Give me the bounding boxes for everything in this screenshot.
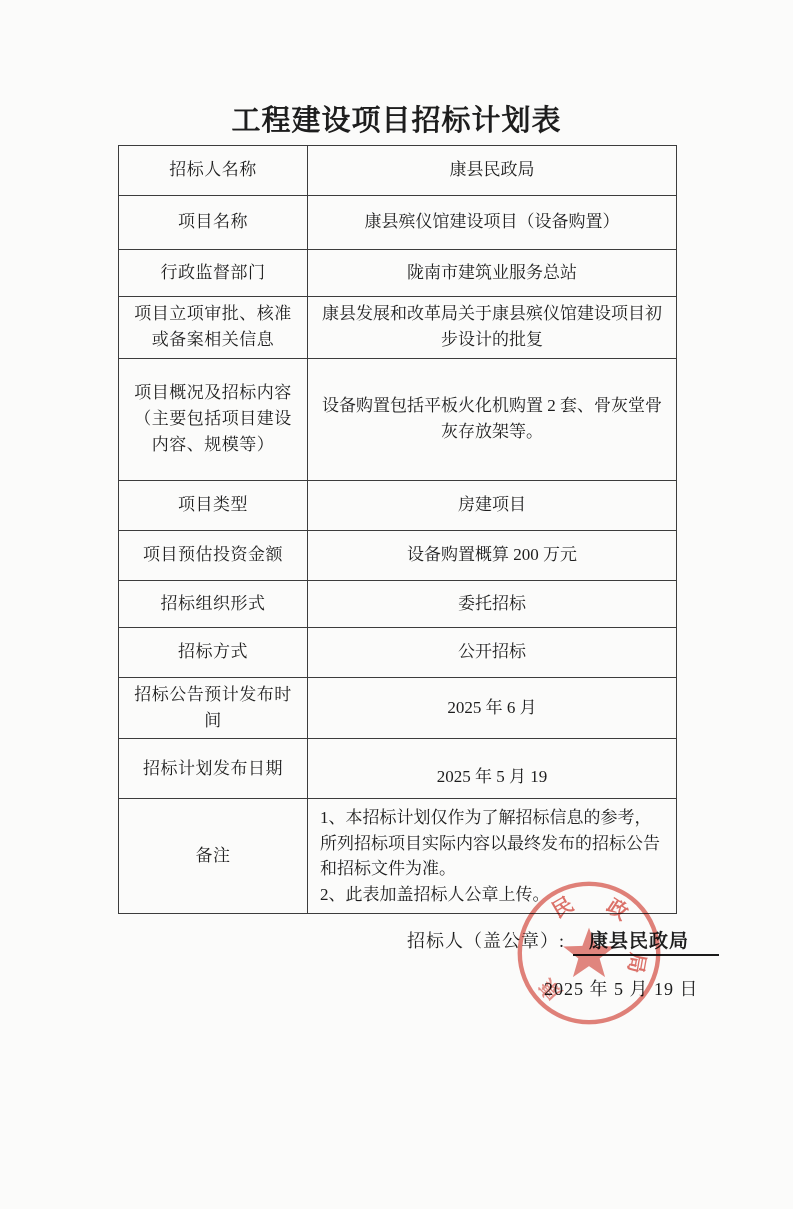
row-value: 康县民政局 (308, 146, 677, 196)
row-label: 备注 (119, 799, 308, 914)
row-value: 1、本招标计划仅作为了解招标信息的参考，所列招标项目实际内容以最终发布的招标公告… (308, 799, 677, 914)
row-value: 2025 年 5 月 19 (308, 739, 677, 799)
row-label: 项目名称 (119, 196, 308, 250)
row-label: 项目预估投资金额 (119, 530, 308, 580)
table-row: 招标方式 公开招标 (119, 627, 677, 677)
table-row: 行政监督部门 陇南市建筑业服务总站 (119, 250, 677, 297)
table-row: 项目类型 房建项目 (119, 480, 677, 530)
row-label: 项目立项审批、核准或备案相关信息 (119, 297, 308, 359)
table-row: 项目预估投资金额 设备购置概算 200 万元 (119, 530, 677, 580)
signature-label: 招标人（盖公章）: (407, 931, 565, 951)
signature-line: 招标人（盖公章）:康县民政局 (407, 926, 719, 956)
table-row: 项目名称 康县殡仪馆建设项目（设备购置） (119, 196, 677, 250)
tender-plan-table: 招标人名称 康县民政局 项目名称 康县殡仪馆建设项目（设备购置） 行政监督部门 … (118, 145, 677, 914)
row-value: 康县殡仪馆建设项目（设备购置） (308, 196, 677, 250)
row-value: 房建项目 (308, 480, 677, 530)
table-row: 备注 1、本招标计划仅作为了解招标信息的参考，所列招标项目实际内容以最终发布的招… (119, 799, 677, 914)
row-value: 2025 年 6 月 (308, 677, 677, 739)
table-row: 招标计划发布日期 2025 年 5 月 19 (119, 739, 677, 799)
row-label: 招标组织形式 (119, 580, 308, 627)
row-value: 设备购置概算 200 万元 (308, 530, 677, 580)
table-row: 项目概况及招标内容（主要包括项目建设内容、规模等） 设备购置包括平板火化机购置 … (119, 358, 677, 480)
row-value: 委托招标 (308, 580, 677, 627)
row-label: 项目概况及招标内容（主要包括项目建设内容、规模等） (119, 358, 308, 480)
row-label: 招标公告预计发布时间 (119, 677, 308, 739)
row-value: 设备购置包括平板火化机购置 2 套、骨灰堂骨灰存放架等。 (308, 358, 677, 480)
row-label: 行政监督部门 (119, 250, 308, 297)
signature-date: 2025 年 5 月 19 日 (544, 975, 699, 1001)
row-label: 招标人名称 (119, 146, 308, 196)
table-row: 项目立项审批、核准或备案相关信息 康县发展和改革局关于康县殡仪馆建设项目初步设计… (119, 297, 677, 359)
row-value: 陇南市建筑业服务总站 (308, 250, 677, 297)
row-label: 项目类型 (119, 480, 308, 530)
row-label: 招标计划发布日期 (119, 739, 308, 799)
document-page: 工程建设项目招标计划表 招标人名称 康县民政局 项目名称 康县殡仪馆建设项目（设… (0, 0, 793, 1209)
table-row: 招标组织形式 委托招标 (119, 580, 677, 627)
table-row: 招标人名称 康县民政局 (119, 146, 677, 196)
row-value: 公开招标 (308, 627, 677, 677)
row-label: 招标方式 (119, 627, 308, 677)
table-row: 招标公告预计发布时间 2025 年 6 月 (119, 677, 677, 739)
signature-name: 康县民政局 (573, 926, 719, 956)
page-title: 工程建设项目招标计划表 (0, 98, 793, 139)
row-value: 康县发展和改革局关于康县殡仪馆建设项目初步设计的批复 (308, 297, 677, 359)
